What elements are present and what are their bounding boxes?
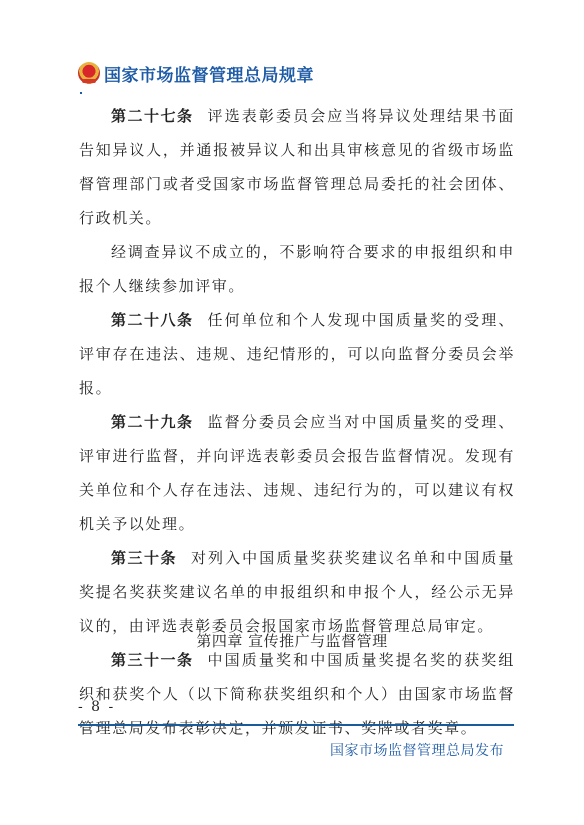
article-text: 经调查异议不成立的，不影响符合要求的申报组织和申报个人继续参加评审。 — [79, 243, 515, 295]
article-number: 第二十七条 — [111, 107, 194, 125]
article-text: 评选表彰委员会应当将异议处理结果书面告知异议人，并通报被异议人和出具审核意见的省… — [79, 107, 515, 227]
article-number: 第三十一条 — [111, 651, 194, 669]
article-27-paragraph-2: 经调查异议不成立的，不影响符合要求的申报组织和申报个人继续参加评审。 — [79, 235, 515, 303]
article-number: 第二十九条 — [111, 413, 194, 431]
footer-publisher: 国家市场监督管理总局发布 — [330, 740, 504, 760]
national-emblem-icon — [78, 62, 100, 84]
footer-divider — [78, 724, 514, 726]
article-30-paragraph-1: 第三十条对列入中国质量奖获奖建议名单和中国质量奖提名奖获奖建议名单的申报组织和申… — [79, 541, 515, 643]
article-text: 监督分委员会应当对中国质量奖的受理、评审进行监督，并向评选表彰委员会报告监督情况… — [79, 413, 515, 533]
article-28-paragraph-1: 第二十八条任何单位和个人发现中国质量奖的受理、评审存在违法、违规、违纪情形的，可… — [79, 303, 515, 405]
chapter-heading: 第四章 宣传推广与监督管理 — [0, 630, 584, 651]
article-number: 第三十条 — [111, 549, 177, 567]
article-29-paragraph-1: 第二十九条监督分委员会应当对中国质量奖的受理、评审进行监督，并向评选表彰委员会报… — [79, 405, 515, 541]
page-header: 国家市场监督管理总局规章 — [78, 60, 314, 86]
article-27-paragraph-1: 第二十七条评选表彰委员会应当将异议处理结果书面告知异议人，并通报被异议人和出具审… — [79, 99, 515, 235]
article-number: 第二十八条 — [111, 311, 194, 329]
header-dot-mark — [80, 92, 82, 94]
article-31-paragraph-1: 第三十一条中国质量奖和中国质量奖提名奖的获奖组织和获奖个人（以下简称获奖组织和个… — [79, 643, 515, 745]
header-title: 国家市场监督管理总局规章 — [104, 61, 314, 86]
page-number: - 8 - — [78, 699, 115, 715]
